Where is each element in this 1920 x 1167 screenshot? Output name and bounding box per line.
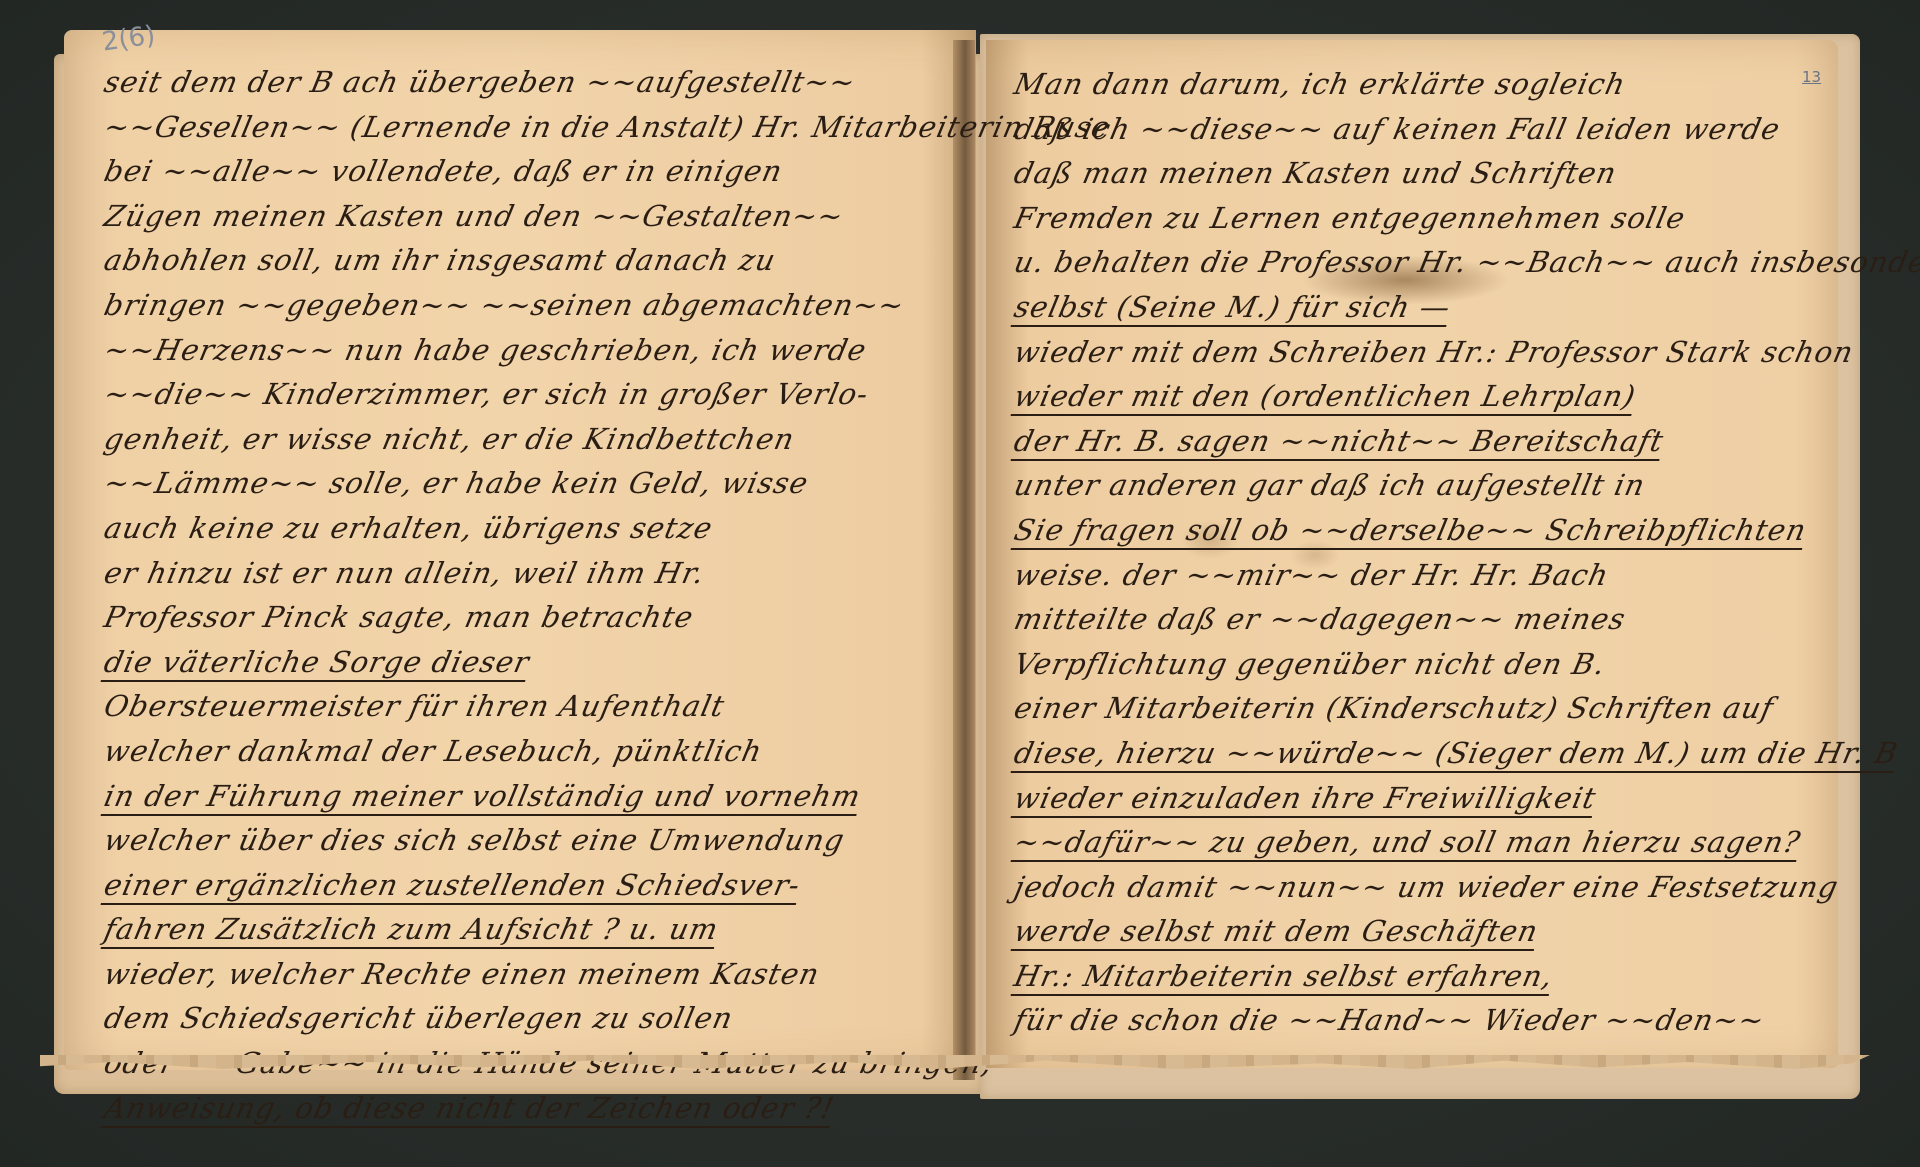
manuscript-line: bei ~~alle~~ vollendete, daß er in einig… — [100, 149, 939, 194]
manuscript-line: selbst (Seine M.) für sich — — [1010, 285, 1799, 330]
manuscript-line: welcher dankmal der Lesebuch, pünktlich — [100, 729, 939, 774]
manuscript-line: wieder einzuladen ihre Freiwilligkeit — [1010, 776, 1799, 821]
manuscript-line: seit dem der B ach übergeben ~~aufgestel… — [100, 60, 939, 105]
manuscript-line: Zügen meinen Kasten und den ~~Gestalten~… — [100, 194, 939, 239]
manuscript-line: für die schon die ~~Hand~~ Wieder ~~den~… — [1010, 998, 1799, 1043]
manuscript-line: ~~die~~ Kinderzimmer, er sich in großer … — [100, 372, 939, 417]
manuscript-line: ~~Herzens~~ nun habe geschrieben, ich we… — [100, 328, 939, 373]
manuscript-line: mitteilte daß er ~~dagegen~~ meines — [1010, 597, 1799, 642]
manuscript-line: wieder mit dem Schreiben Hr.: Professor … — [1010, 330, 1799, 375]
manuscript-line: Hr.: Mitarbeiterin selbst erfahren, — [1010, 954, 1799, 999]
manuscript-line: bringen ~~gegeben~~ ~~seinen abgemachten… — [100, 283, 939, 328]
left-page-text: seit dem der B ach übergeben ~~aufgestel… — [100, 60, 930, 1130]
manuscript-line: in der Führung meiner vollständig und vo… — [100, 774, 939, 819]
manuscript-line: daß ich ~~diese~~ auf keinen Fall leiden… — [1010, 107, 1799, 152]
folio-number-right: 13 — [1802, 68, 1821, 86]
manuscript-line: wieder, welcher Rechte einen meinem Kast… — [100, 952, 939, 997]
manuscript-line: Man dann darum, ich erklärte sogleich — [1010, 62, 1799, 107]
manuscript-line: fahren Zusätzlich zum Aufsicht ? u. um — [100, 907, 939, 952]
manuscript-line: weise. der ~~mir~~ der Hr. Hr. Bach — [1010, 553, 1799, 598]
manuscript-line: Anweisung, ob diese nicht der Zeichen od… — [100, 1086, 939, 1131]
manuscript-line: daß man meinen Kasten und Schriften — [1010, 151, 1799, 196]
manuscript-line: u. behalten die Professor Hr. ~~Bach~~ a… — [1010, 240, 1799, 285]
manuscript-line: jedoch damit ~~nun~~ um wieder eine Fest… — [1010, 865, 1799, 910]
manuscript-line: ~~dafür~~ zu geben, und soll man hierzu … — [1010, 820, 1799, 865]
manuscript-line: er hinzu ist er nun allein, weil ihm Hr. — [100, 551, 939, 596]
manuscript-line: ~~Lämme~~ solle, er habe kein Geld, wiss… — [100, 461, 939, 506]
manuscript-line: Professor Pinck sagte, man betrachte — [100, 595, 939, 640]
manuscript-line: dem Schiedsgericht überlegen zu sollen — [100, 996, 939, 1041]
manuscript-line: Obersteuermeister für ihren Aufenthalt — [100, 684, 939, 729]
manuscript-line: die väterliche Sorge dieser — [100, 640, 939, 685]
manuscript-line: genheit, er wisse nicht, er die Kindbett… — [100, 417, 939, 462]
manuscript-line: unter anderen gar daß ich aufgestellt in — [1010, 463, 1799, 508]
manuscript-line: diese, hierzu ~~würde~~ (Sieger dem M.) … — [1010, 731, 1799, 776]
manuscript-line: ~~Gesellen~~ (Lernende in die Anstalt) H… — [100, 105, 939, 150]
manuscript-line: einer ergänzlichen zustellenden Schiedsv… — [100, 863, 939, 908]
manuscript-line: abhohlen soll, um ihr insgesamt danach z… — [100, 238, 939, 283]
manuscript-line: einer Mitarbeiterin (Kinderschutz) Schri… — [1010, 686, 1799, 731]
book-gutter — [953, 40, 975, 1080]
manuscript-line: Sie fragen soll ob ~~derselbe~~ Schreibp… — [1010, 508, 1799, 553]
manuscript-line: der Hr. B. sagen ~~nicht~~ Bereitschaft — [1010, 419, 1799, 464]
manuscript-line: Fremden zu Lernen entgegennehmen solle — [1010, 196, 1799, 241]
right-page-text: Man dann darum, ich erklärte sogleich da… — [1010, 62, 1790, 1043]
manuscript-line: werde selbst mit dem Geschäften — [1010, 909, 1799, 954]
manuscript-line: auch keine zu erhalten, übrigens setze — [100, 506, 939, 551]
manuscript-line: Verpflichtung gegenüber nicht den B. — [1010, 642, 1799, 687]
manuscript-line: welcher über dies sich selbst eine Umwen… — [100, 818, 939, 863]
manuscript-line: wieder mit den (ordentlichen Lehrplan) — [1010, 374, 1799, 419]
